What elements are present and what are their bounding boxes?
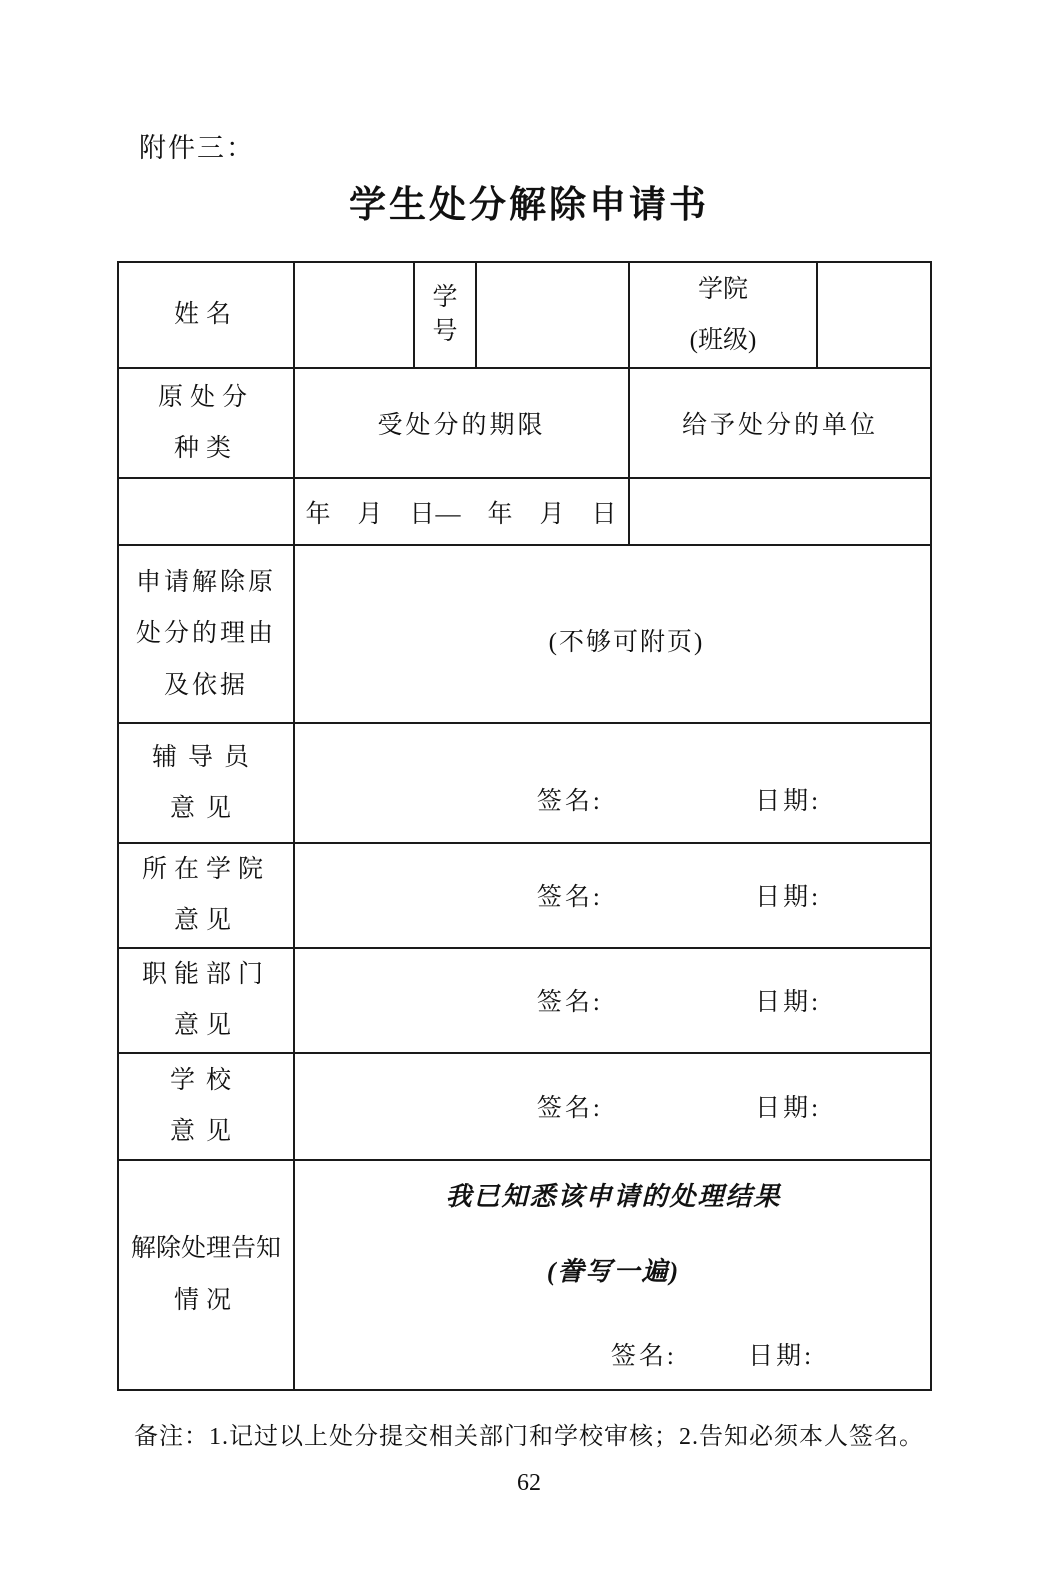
row-punishment-values: 年 月 日— 年 月 日 (118, 478, 931, 545)
signature-label: 签名: (537, 884, 603, 911)
college-label-cell: 学院 (班级) (629, 262, 817, 368)
period-header-cell: 受处分的期限 (294, 368, 629, 478)
signature-label: 签名: (537, 1095, 603, 1122)
row-reason: 申请解除原 处分的理由 及依据 (不够可附页) (118, 545, 931, 723)
counselor-opinion-cell: 签名: 日期: (294, 723, 931, 843)
row-counselor-opinion: 辅导员 意见 签名: 日期: (118, 723, 931, 843)
student-id-label: 学号 (431, 281, 460, 349)
school-label-cell: 学校 意见 (118, 1053, 294, 1160)
counselor-label-line1: 辅导员 (119, 732, 293, 783)
notice-label-line1: 解除处理告知 (119, 1223, 293, 1274)
period-value: 年 月 日— 年 月 日 (305, 501, 617, 528)
unit-value-cell (629, 478, 931, 545)
college-label-line1: 学院 (630, 264, 816, 315)
notice-instruction: (誊写一遍) (307, 1251, 920, 1288)
notice-label-cell: 解除处理告知 情况 (118, 1160, 294, 1390)
department-label-line2: 意见 (119, 1000, 293, 1051)
college-value-cell (817, 262, 931, 368)
college-label-line2: (班级) (630, 315, 816, 366)
row-department-opinion: 职能部门 意见 签名: 日期: (118, 948, 931, 1053)
row-identity: 姓名 学号 学院 (班级) (118, 262, 931, 368)
reason-label-line2: 处分的理由 (119, 608, 293, 659)
name-label-cell: 姓名 (118, 262, 294, 368)
college-opinion-label-line1: 所在学院 (119, 844, 293, 895)
school-label-line2: 意见 (119, 1106, 293, 1157)
original-type-value-cell (118, 478, 294, 545)
school-label-line1: 学校 (119, 1055, 293, 1106)
notice-label-line2: 情况 (119, 1275, 293, 1326)
notice-content-cell: 我已知悉该申请的处理结果 (誊写一遍) 签名: 日期: (294, 1160, 931, 1390)
attachment-label: 附件三： (139, 126, 255, 165)
name-value-cell (294, 262, 414, 368)
period-value-cell: 年 月 日— 年 月 日 (294, 478, 629, 545)
document-page: 附件三： 学生处分解除申请书 姓名 学号 学院 (班 (0, 0, 1058, 1588)
date-label: 日期: (748, 1343, 814, 1370)
unit-header-cell: 给予处分的单位 (629, 368, 931, 478)
counselor-label-line2: 意见 (119, 783, 293, 834)
school-opinion-cell: 签名: 日期: (294, 1053, 931, 1160)
notice-statement: 我已知悉该申请的处理结果 (307, 1176, 920, 1213)
counselor-label-cell: 辅导员 意见 (118, 723, 294, 843)
row-punishment-headers: 原处分 种类 受处分的期限 给予处分的单位 (118, 368, 931, 478)
original-type-line1: 原处分 (119, 372, 293, 423)
reason-hint: (不够可附页) (295, 610, 930, 658)
signature-label: 签名: (537, 788, 603, 815)
row-school-opinion: 学校 意见 签名: 日期: (118, 1053, 931, 1160)
college-opinion-cell: 签名: 日期: (294, 843, 931, 948)
date-label: 日期: (755, 788, 821, 815)
original-type-line2: 种类 (119, 423, 293, 474)
signature-label: 签名: (537, 989, 603, 1016)
footer-note: 备注：1.记过以上处分提交相关部门和学校审核；2.告知必须本人签名。 (0, 1416, 1058, 1451)
department-label-cell: 职能部门 意见 (118, 948, 294, 1053)
college-opinion-label-line2: 意见 (119, 895, 293, 946)
period-header: 受处分的期限 (377, 412, 545, 439)
department-opinion-cell: 签名: 日期: (294, 948, 931, 1053)
date-label: 日期: (755, 989, 821, 1016)
reason-label-line3: 及依据 (119, 660, 293, 711)
student-id-label-cell: 学号 (414, 262, 476, 368)
reason-content-cell: (不够可附页) (294, 545, 931, 723)
page-title: 学生处分解除申请书 (0, 174, 1058, 228)
date-label: 日期: (755, 884, 821, 911)
original-type-label-cell: 原处分 种类 (118, 368, 294, 478)
reason-label-cell: 申请解除原 处分的理由 及依据 (118, 545, 294, 723)
reason-label-line1: 申请解除原 (119, 557, 293, 608)
name-label: 姓名 (174, 301, 238, 328)
row-college-opinion: 所在学院 意见 签名: 日期: (118, 843, 931, 948)
student-id-value-cell (476, 262, 629, 368)
signature-label: 签名: (611, 1343, 677, 1370)
application-form-table: 姓名 学号 学院 (班级) 原处分 种类 受处分的期 (117, 261, 932, 1391)
page-number: 62 (0, 1470, 1058, 1497)
date-label: 日期: (755, 1095, 821, 1122)
unit-header: 给予处分的单位 (682, 412, 878, 439)
row-notice: 解除处理告知 情况 我已知悉该申请的处理结果 (誊写一遍) 签名: 日期: (118, 1160, 931, 1390)
college-opinion-label-cell: 所在学院 意见 (118, 843, 294, 948)
department-label-line1: 职能部门 (119, 949, 293, 1000)
